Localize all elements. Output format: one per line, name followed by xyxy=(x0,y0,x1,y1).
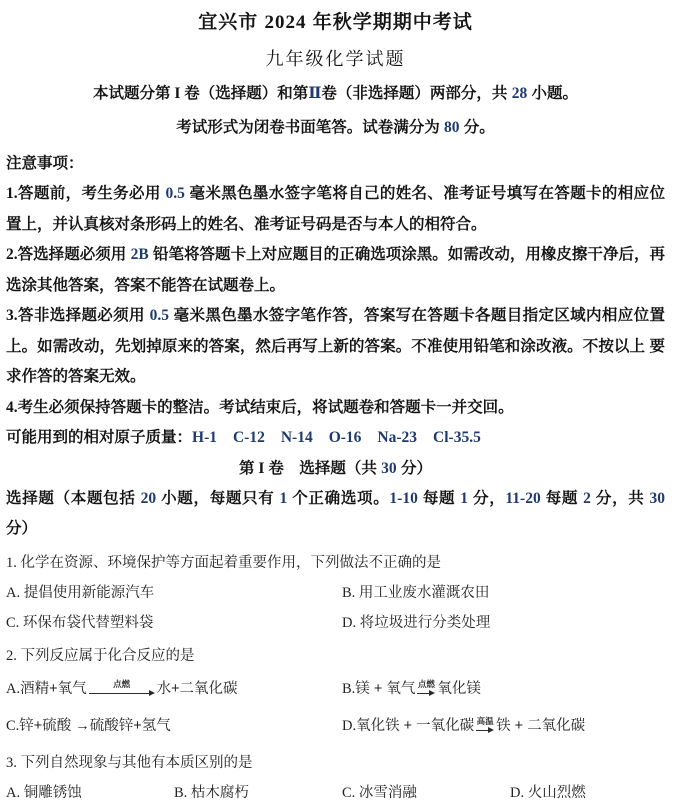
question-2-option-a: A. 酒精+氧气点燃水+二氧化碳 xyxy=(6,674,342,704)
notices-heading: 注意事项： xyxy=(6,149,665,179)
exam-structure-line: 本试题分第 I 卷（选择题）和第Ⅱ卷（非选择题）两部分，共 28 小题。 xyxy=(6,79,665,108)
question-1-options-row-2: C. 环保布袋代替塑料袋 D. 将垃圾进行分类处理 xyxy=(6,608,665,638)
question-1-options-row-1: A. 提倡使用新能源汽车 B. 用工业废水灌溉农田 xyxy=(6,578,665,608)
question-3-option-d: D. 火山烈燃 xyxy=(510,778,586,808)
notice-item-3: 3.答非选择题必须用 0.5 毫米黑色墨水签字笔作答，答案写在答题卡各题目指定区… xyxy=(6,301,665,393)
atomic-masses-line: 可能用到的相对原子质量：H-1C-12N-14O-16Na-23Cl-35.5 xyxy=(6,423,665,454)
reaction-arrow-icon: 高温 xyxy=(476,717,494,735)
notice-item-4: 4.考生必须保持答题卡的整洁。考试结束后，将试题卷和答题卡一并交回。 xyxy=(6,393,665,424)
question-2-option-b: B. 镁 + 氧气点燃氧化镁 xyxy=(342,674,481,704)
section1-heading: 第 I 卷 选择题（共 30 分） xyxy=(6,454,665,484)
exam-subtitle: 九年级化学试题 xyxy=(6,44,665,74)
section1-instruction: 选择题（本题包括 20 小题，每题只有 1 个正确选项。1-10 每题 1 分，… xyxy=(6,484,665,545)
question-1-option-b: B. 用工业废水灌溉农田 xyxy=(342,578,489,608)
question-3-option-b: B. 枯木腐朽 xyxy=(174,778,342,808)
notice-item-2: 2.答选择题必须用 2B 铅笔将答题卡上对应题目的正确选项涂黑。如需改动，用橡皮… xyxy=(6,240,665,301)
question-2-stem: 2. 下列反应属于化合反应的是 xyxy=(6,641,665,671)
question-1-option-a: A. 提倡使用新能源汽车 xyxy=(6,578,342,608)
question-2-options-row-2: C. 锌+硫酸 →硫酸锌+氢气 D. 氧化铁 + 一氧化碳高温铁 + 二氧化碳 xyxy=(6,711,665,741)
question-3-option-a: A. 铜雕锈蚀 xyxy=(6,778,174,808)
question-3-stem: 3. 下列自然现象与其他有本质区别的是 xyxy=(6,748,665,778)
reaction-arrow-icon: 点燃 xyxy=(89,680,155,698)
question-2-options-row-1: A. 酒精+氧气点燃水+二氧化碳 B. 镁 + 氧气点燃氧化镁 xyxy=(6,674,665,704)
question-3-option-c: C. 冰雪消融 xyxy=(342,778,510,808)
exam-format-line: 考试形式为闭卷书面笔答。试卷满分为 80 分。 xyxy=(6,113,665,142)
question-1-stem: 1. 化学在资源、环境保护等方面起着重要作用，下列做法不正确的是 xyxy=(6,548,665,578)
exam-title: 宜兴市 2024 年秋学期期中考试 xyxy=(6,8,665,38)
question-2-option-c: C. 锌+硫酸 →硫酸锌+氢气 xyxy=(6,711,342,741)
question-3-options-row: A. 铜雕锈蚀 B. 枯木腐朽 C. 冰雪消融 D. 火山烈燃 xyxy=(6,778,665,808)
exam-paper-page: 宜兴市 2024 年秋学期期中考试 九年级化学试题 本试题分第 I 卷（选择题）… xyxy=(0,0,675,808)
question-1-option-d: D. 将垃圾进行分类处理 xyxy=(342,608,490,638)
notice-item-1: 1.答题前，考生务必用 0.5 毫米黑色墨水签字笔将自己的姓名、准考证号填写在答… xyxy=(6,179,665,240)
question-2-option-d: D. 氧化铁 + 一氧化碳高温铁 + 二氧化碳 xyxy=(342,711,585,741)
question-1-option-c: C. 环保布袋代替塑料袋 xyxy=(6,608,342,638)
reaction-arrow-icon: 点燃 xyxy=(417,680,435,698)
